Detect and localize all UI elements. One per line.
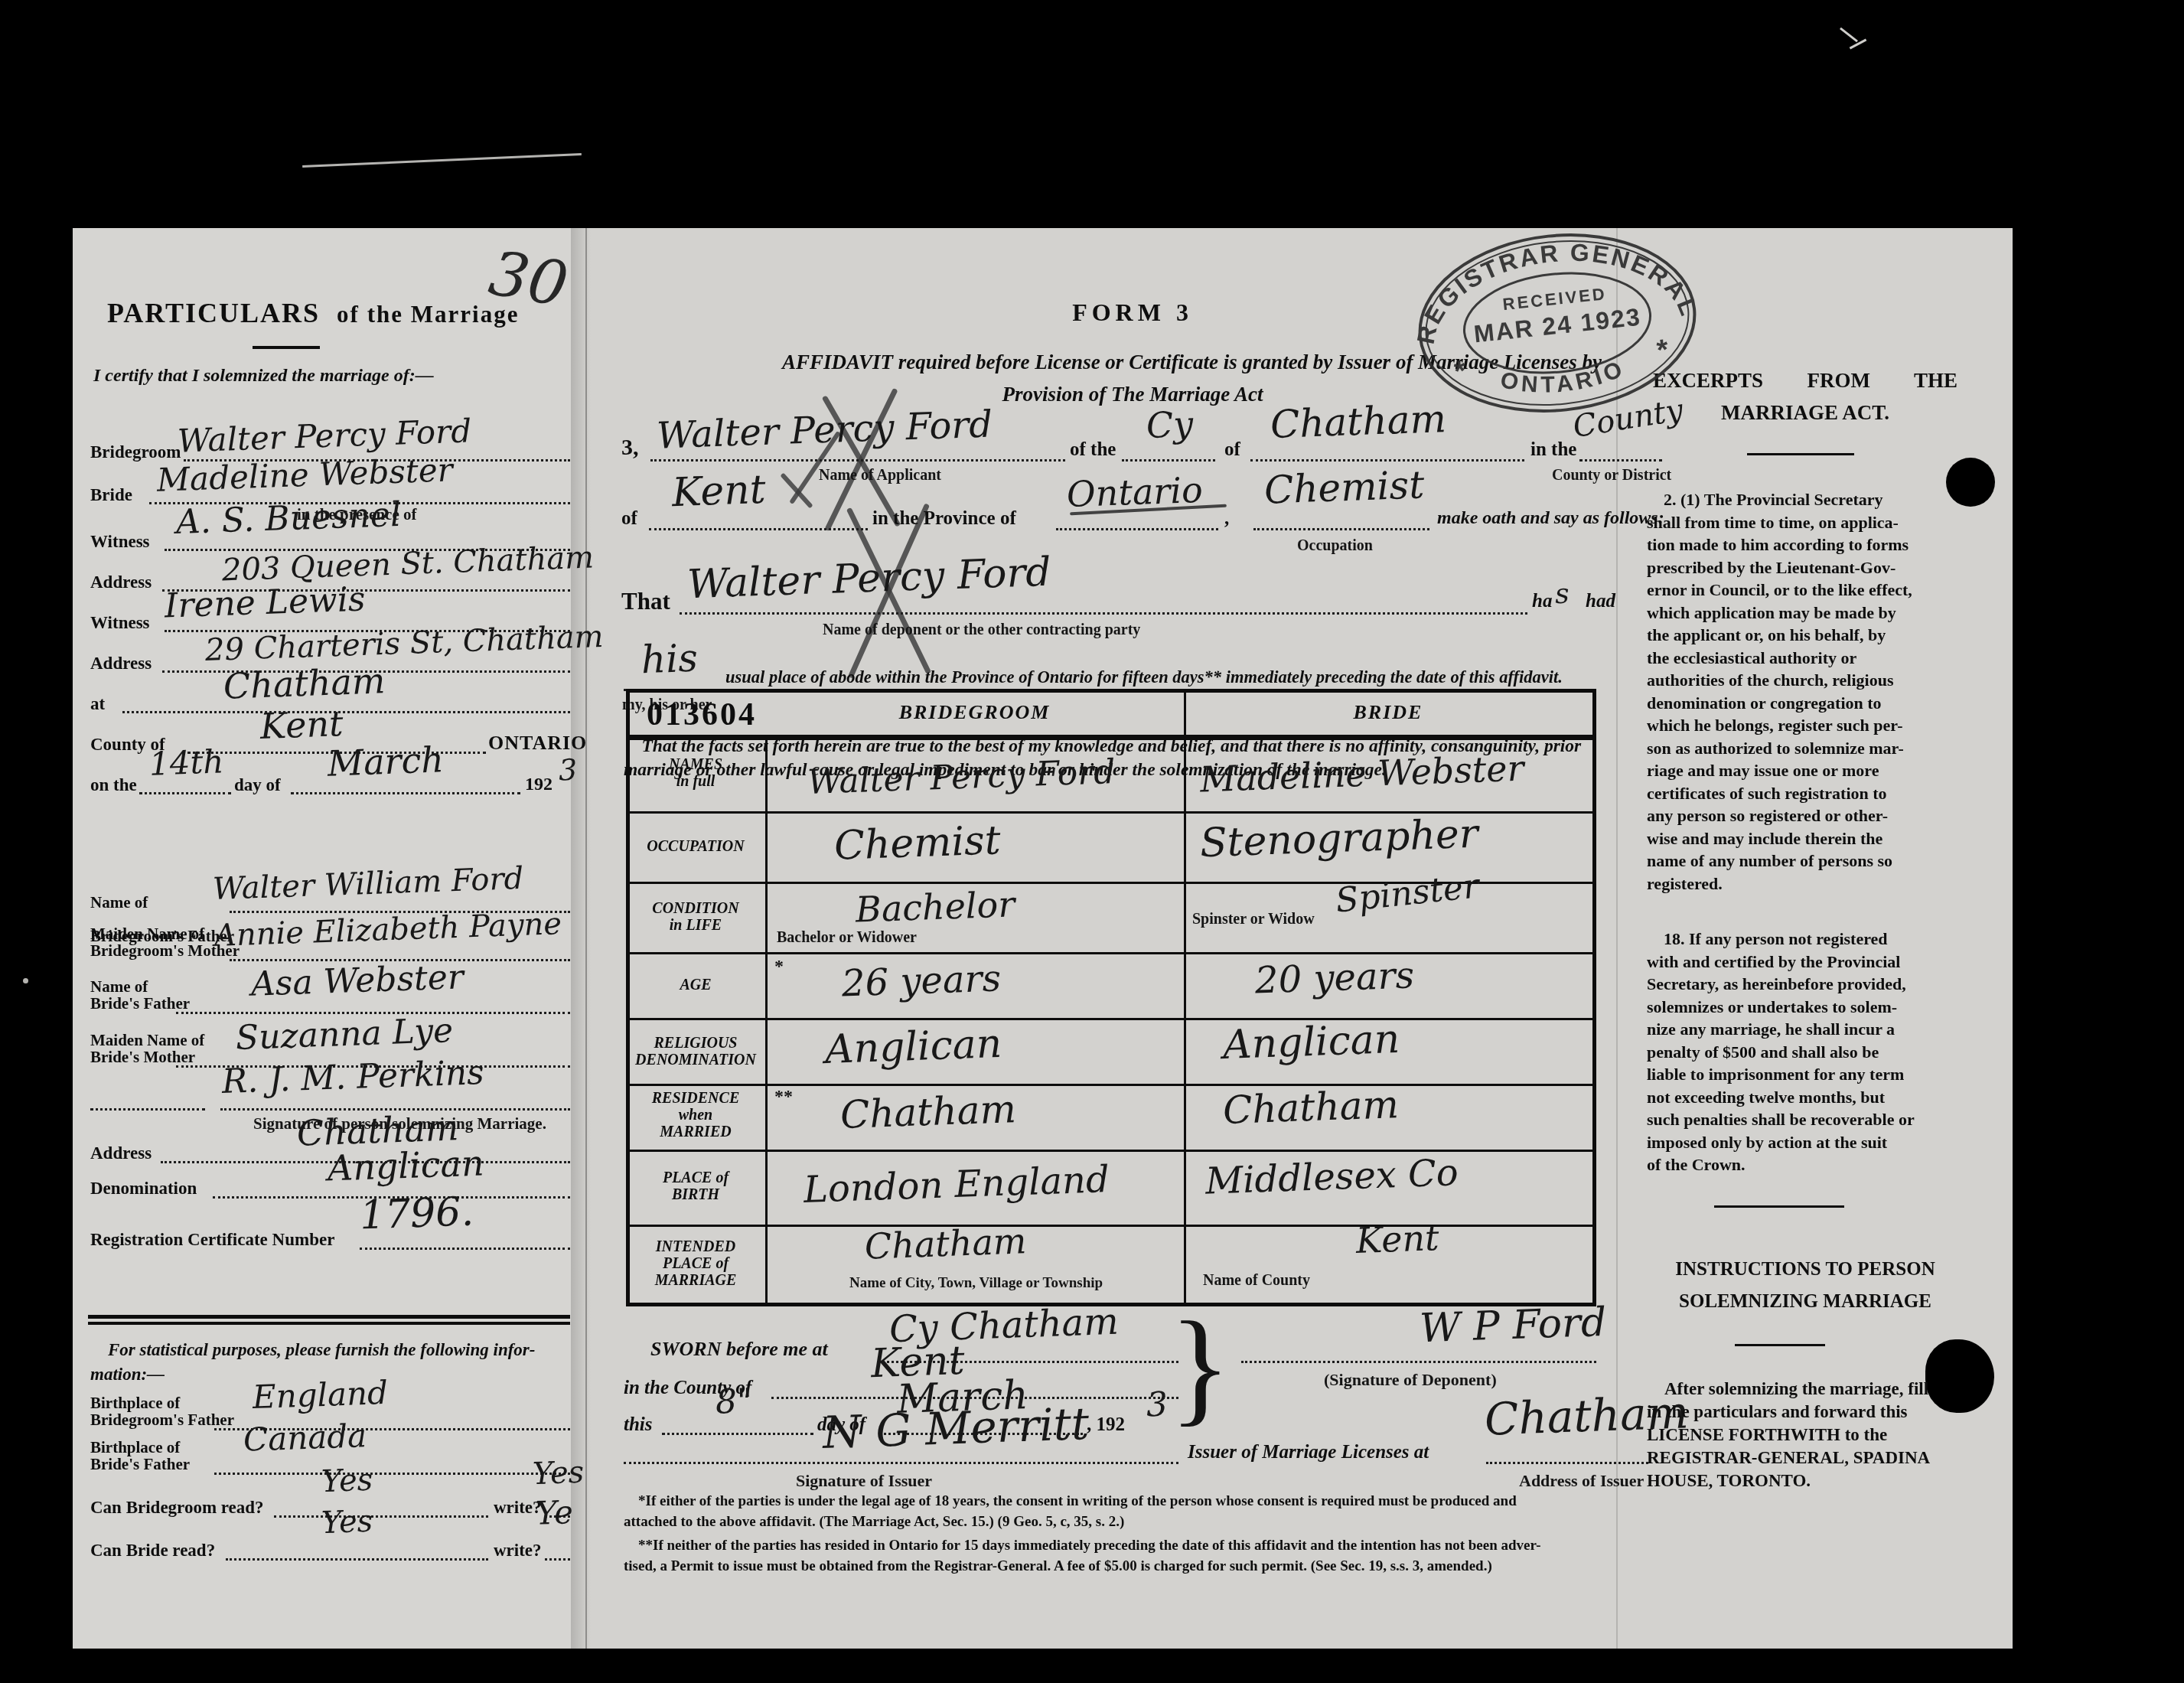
- printed-oath-text: make oath and say as follows:: [1437, 508, 1664, 529]
- certify-line: I certify that I solemnized the marriage…: [93, 366, 434, 387]
- dotted-line: [1486, 1462, 1648, 1464]
- column-header-bride: BRIDE: [1184, 701, 1592, 724]
- deponent-sublabel: Name of deponent or the other contractin…: [823, 621, 1140, 639]
- dotted-line: [1250, 459, 1524, 462]
- groom-age-cell: 26 years: [841, 957, 1002, 1005]
- dotted-line: [90, 1108, 205, 1111]
- section-divider-top: [88, 1315, 570, 1319]
- deponent-signature: W P Ford: [1419, 1300, 1607, 1352]
- field-label-bridegroom: Bridegroom: [90, 442, 181, 462]
- scanned-marriage-affidavit: 30 PARTICULARS of the Marriage I certify…: [0, 0, 2184, 1683]
- label-solemnizer-address: Address: [90, 1143, 152, 1163]
- date-label-day-of: day of: [234, 775, 281, 795]
- dotted-line: [274, 1515, 488, 1518]
- table-row-line: [630, 952, 1592, 954]
- dotted-line: [1253, 528, 1429, 530]
- title-rule: [253, 346, 320, 349]
- scratch-mark-top-right: [1840, 28, 1858, 43]
- label-bride-write: write?: [494, 1541, 542, 1561]
- stamp-star-left: *: [1452, 355, 1467, 388]
- left-page-title-rest: of the Marriage: [337, 301, 519, 328]
- condition-bride-sublabel: Spinster or Widow: [1192, 911, 1315, 928]
- dotted-line: [122, 711, 570, 713]
- instructions-rule-bottom: [1735, 1344, 1825, 1346]
- sworn-day-handwriting: 8": [715, 1381, 753, 1422]
- printed-comma: ,: [1224, 508, 1229, 530]
- field-label-witness1: Witness: [90, 532, 150, 552]
- sworn-year-printed: , 192: [1087, 1414, 1125, 1436]
- dotted-line: [139, 792, 231, 794]
- dotted-line: [624, 1462, 1178, 1464]
- dotted-line: [649, 528, 868, 530]
- label-line: Birthplace of: [90, 1438, 180, 1456]
- bride-religion-cell: Anglican: [1222, 1016, 1400, 1068]
- row-label-residence: RESIDENCE when MARRIED: [626, 1090, 765, 1140]
- bridegroom-write-handwriting: Yes: [532, 1455, 585, 1492]
- intended-place-bride-sublabel: Name of County: [1203, 1272, 1310, 1290]
- dotted-line: [1122, 459, 1215, 462]
- label-line: Bride's Mother: [90, 1048, 195, 1066]
- marriage-place-handwriting: Chatham: [223, 660, 386, 706]
- table-vertical-column-divider: [1184, 693, 1186, 1303]
- dotted-line: [214, 1473, 570, 1475]
- bride-write-handwriting: Ye: [535, 1493, 574, 1532]
- label-bridegroom-write: write?: [494, 1498, 542, 1518]
- bride-read-handwriting: Yes: [321, 1504, 373, 1541]
- label-can-bridegroom-read: Can Bridegroom read?: [90, 1498, 264, 1518]
- dotted-line: [1579, 459, 1662, 462]
- county-handwriting: Kent: [259, 703, 344, 747]
- center-fold-line: [585, 228, 587, 1649]
- left-page-title-main: PARTICULARS: [107, 298, 320, 328]
- stamp-arc-bottom-text: ONTARIO: [1496, 354, 1631, 403]
- deponent-signature-label: (Signature of Deponent): [1324, 1370, 1497, 1390]
- clause-number: 3,: [621, 435, 639, 461]
- registrar-general-received-stamp: REGISTRAR GENERAL ONTARIO RECEIVED MAR 2…: [1399, 213, 1716, 432]
- center-fold-shadow: [571, 228, 591, 1649]
- table-header-underline: [630, 735, 1592, 740]
- row-label-names: NAMES in full: [626, 756, 765, 790]
- dotted-line: [662, 1433, 813, 1435]
- witness1-handwriting: A. S. Buesnel: [175, 495, 402, 542]
- label-bride-father: Name of Bride's Father: [90, 978, 190, 1012]
- intended-place-groom-sublabel: Name of City, Town, Village or Township: [771, 1275, 1181, 1292]
- bride-mother-handwriting: Suzanna Lye: [235, 1011, 454, 1058]
- sworn-before-me: SWORN before me at: [650, 1338, 828, 1361]
- handwritten-s: s: [1554, 579, 1570, 611]
- table-row-line: [630, 1018, 1592, 1020]
- label-registration-number: Registration Certificate Number: [90, 1230, 334, 1250]
- table-row-line: [630, 1084, 1592, 1086]
- dotted-line: [1056, 528, 1218, 530]
- date-year-handwriting: 3: [558, 753, 578, 788]
- age-asterisk: *: [774, 957, 784, 977]
- printed-of: of: [1224, 439, 1240, 461]
- sworn-brace: }: [1169, 1306, 1231, 1428]
- label-line: Bride's Father: [90, 1455, 190, 1473]
- printed-in-the: in the: [1530, 439, 1576, 461]
- label-line: Name of: [90, 893, 148, 912]
- witness2-handwriting: Irene Lewis: [164, 579, 366, 625]
- label-line: Maiden Name of: [90, 1031, 204, 1049]
- groom-condition-cell: Bachelor: [855, 883, 1015, 930]
- row-label-religion: RELIGIOUS DENOMINATION: [626, 1035, 765, 1068]
- groom-occupation-cell: Chemist: [833, 817, 1002, 869]
- denomination-handwriting: Anglican: [327, 1142, 484, 1189]
- city-abbrev-handwriting: Cy: [1146, 403, 1194, 446]
- instructions-rule-top: [1714, 1205, 1844, 1208]
- dotted-line: [291, 792, 520, 794]
- groom-residence-cell: Chatham: [839, 1087, 1017, 1137]
- scratch-mark-top: [302, 153, 582, 168]
- label-line: Birthplace of: [90, 1394, 180, 1412]
- bride-age-cell: 20 years: [1254, 954, 1415, 1002]
- license-serial-number: 013604: [647, 696, 757, 733]
- label-bride-mother: Maiden Name of Bride's Mother: [90, 1032, 204, 1065]
- birthplace-bride-father-handwriting: Canada: [243, 1417, 367, 1459]
- label-denomination: Denomination: [90, 1179, 197, 1199]
- date-year-printed: 192: [525, 775, 553, 795]
- issuer-address-label: Address of Issuer: [1519, 1471, 1644, 1491]
- printed-had: had: [1586, 591, 1615, 612]
- marriage-act-section2: 2. (1) The Provincial Secretary shall fr…: [1647, 488, 1956, 895]
- dotted-line: [680, 612, 1527, 615]
- registration-number-handwriting: 1796.: [359, 1189, 474, 1238]
- label-line: Name of: [90, 977, 148, 996]
- form-number-heading: FORM 3: [918, 298, 1347, 327]
- excerpts-title-line2: MARRIAGE ACT.: [1653, 401, 1957, 425]
- dotted-line: [650, 459, 1065, 462]
- dotted-line: [360, 1248, 570, 1250]
- dotted-line: [545, 1558, 570, 1561]
- issuer-printed-label: Issuer of Marriage Licenses at: [1188, 1442, 1429, 1463]
- bride-father-handwriting: Asa Webster: [250, 957, 464, 1004]
- county-name-handwriting: Kent: [671, 467, 767, 516]
- instructions-paragraph: After solemnizing the marriage, fill in …: [1647, 1378, 1956, 1492]
- excerpts-rule: [1747, 453, 1854, 455]
- issuer-signature-label: Signature of Issuer: [796, 1471, 932, 1491]
- stamp-date-text: MAR 24 1923: [1472, 303, 1642, 348]
- label-line: Maiden Name of: [90, 925, 204, 943]
- printed-of2: of: [621, 508, 637, 530]
- left-page-title: PARTICULARS of the Marriage: [107, 297, 519, 329]
- footnote-consent: *If either of the parties is under the l…: [624, 1491, 1615, 1532]
- svg-text:ONTARIO: ONTARIO: [1496, 354, 1631, 403]
- printed-of-the: of the: [1070, 439, 1116, 461]
- bride-intended-county-cell: Kent: [1355, 1217, 1439, 1261]
- row-label-condition: CONDITION in LIFE: [626, 900, 765, 934]
- his-handwriting: his: [641, 636, 699, 683]
- issuer-signature: N G Merritt: [822, 1398, 1090, 1459]
- bride-birthplace-cell: Middlesex Co: [1204, 1151, 1459, 1203]
- field-label-witness2: Witness: [90, 613, 150, 633]
- bridegroom-read-handwriting: Yes: [321, 1463, 373, 1499]
- residence-asterisks: **: [774, 1087, 793, 1107]
- dust-speck: [23, 978, 28, 983]
- applicant-name-sublabel: Name of Applicant: [819, 467, 941, 484]
- row-label-intended-place: INTENDED PLACE of MARRIAGE: [626, 1238, 765, 1289]
- stamp-star-right: *: [1655, 334, 1670, 367]
- row-label-occupation: OCCUPATION: [626, 838, 765, 855]
- abode-printed-text: usual place of abode within the Province…: [725, 667, 1563, 687]
- column-header-bridegroom: BRIDEGROOM: [765, 701, 1184, 724]
- dotted-line: [226, 1558, 488, 1561]
- printed-province-label: in the Province of: [872, 508, 1016, 530]
- bride-occupation-cell: Stenographer: [1199, 811, 1479, 867]
- label-birthplace-bride-father: Birthplace of Bride's Father: [90, 1439, 190, 1473]
- field-label-at: at: [90, 694, 105, 714]
- groom-intended-place-cell: Chatham: [864, 1220, 1027, 1267]
- date-month-handwriting: March: [327, 739, 445, 784]
- row-label-birthplace: PLACE of BIRTH: [626, 1169, 765, 1203]
- section-divider-bottom: [88, 1322, 570, 1325]
- printed-that: That: [621, 588, 670, 615]
- date-label-on-the: on the: [90, 775, 137, 795]
- county-sublabel: County or District: [1552, 467, 1671, 484]
- occupation-sublabel: Occupation: [1297, 537, 1373, 555]
- bride-residence-cell: Chatham: [1222, 1082, 1400, 1133]
- label-line: Bridegroom's Father: [90, 1411, 234, 1429]
- field-label-address1: Address: [90, 572, 152, 592]
- condition-groom-sublabel: Bachelor or Widower: [777, 929, 917, 947]
- date-day-handwriting: 14th: [148, 742, 224, 782]
- sworn-year-handwriting: 3: [1146, 1385, 1169, 1425]
- instructions-title: INSTRUCTIONS TO PERSON SOLEMNIZING MARRI…: [1653, 1254, 1957, 1318]
- table-row-line: [630, 1225, 1592, 1227]
- groom-religion-cell: Anglican: [824, 1021, 1002, 1073]
- row-label-age: AGE: [626, 977, 765, 993]
- birthplace-groom-father-handwriting: England: [252, 1374, 389, 1416]
- label-line: Bride's Father: [90, 994, 190, 1013]
- occupation-handwriting: Chemist: [1263, 462, 1425, 512]
- label-birthplace-groom-father: Birthplace of Bridegroom's Father: [90, 1394, 234, 1428]
- ontario-printed: ONTARIO: [488, 732, 587, 755]
- marriage-act-section18: 18. If any person not registered with an…: [1647, 928, 1956, 1176]
- label-can-bride-read: Can Bride read?: [90, 1541, 215, 1561]
- dotted-line: [1241, 1361, 1596, 1363]
- sworn-this-label: this: [624, 1414, 653, 1436]
- field-label-address2: Address: [90, 654, 152, 674]
- field-label-bride: Bride: [90, 485, 132, 505]
- footnote-residency: **If neither of the parties has resided …: [624, 1535, 1615, 1577]
- printed-ha: ha: [1532, 591, 1552, 612]
